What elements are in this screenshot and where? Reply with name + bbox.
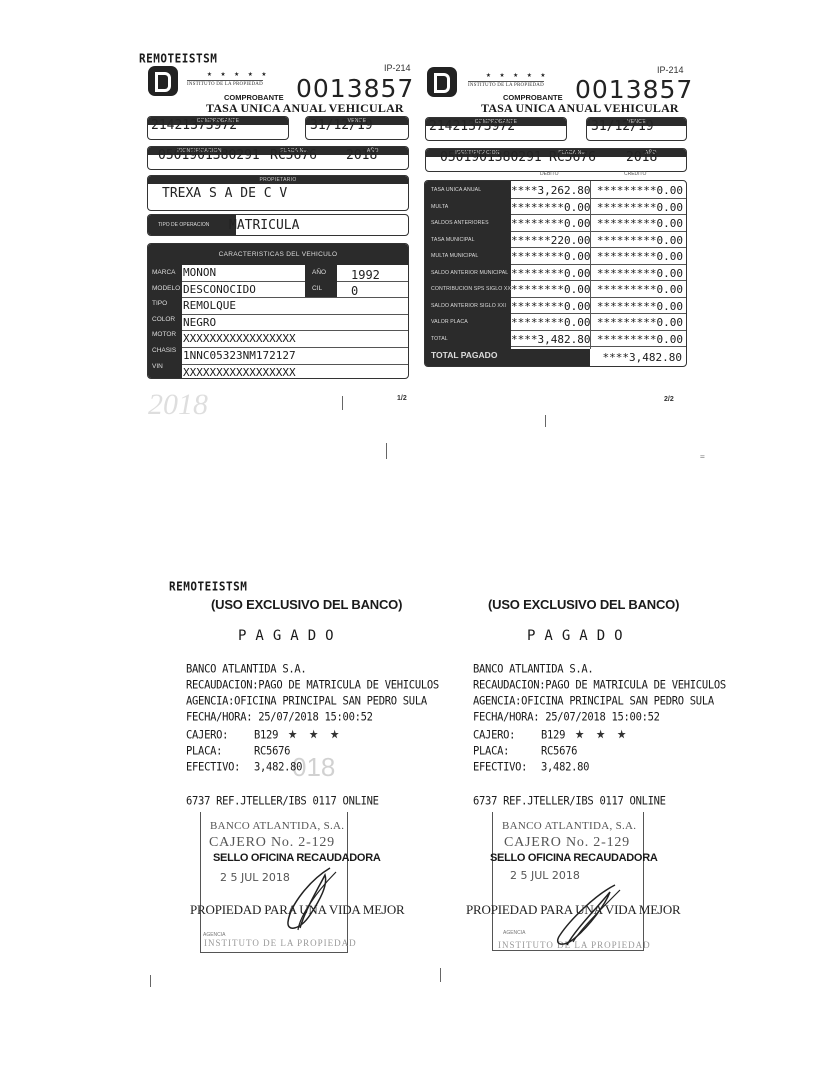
charge-credito: *********0.00 <box>590 216 686 232</box>
charge-debito: ********0.00 <box>511 216 590 232</box>
charge-label: SALDO ANTERIOR SIGLO XXI <box>425 299 511 315</box>
comprobante-field: COMPROBANTE 21421373972 <box>425 117 567 141</box>
charge-debito: ********0.00 <box>511 266 590 282</box>
charge-debito: ********0.00 <box>511 299 590 315</box>
stars-icon: ★★★ <box>575 723 638 743</box>
identificacion-field: IDENTIFICACION PLACA No. AÑO 05019013802… <box>147 146 409 170</box>
charge-credito: *********0.00 <box>590 249 686 265</box>
charge-credito: *********0.00 <box>590 315 686 331</box>
pen-mark <box>545 415 546 427</box>
tipo-operacion-field: TIPO DE OPERACION MATRICULA <box>147 214 409 236</box>
vehicle-characteristics-table: CARACTERISTICAS DEL VEHICULO MARCA MODEL… <box>147 243 409 379</box>
remote-stamp-text: REMOTEISTSM <box>139 51 217 66</box>
institution-name: INSTITUTO DE LA PROPIEDAD <box>468 81 544 88</box>
charge-debito: ********0.00 <box>511 249 590 265</box>
stars-icon: ★ ★ ★ ★ ★ <box>486 70 547 79</box>
receipt-title: TASA UNICA ANUAL VEHICULAR <box>481 101 679 116</box>
reference-line: 6737 REF.JTELLER/IBS 0117 ONLINE <box>473 792 726 810</box>
charge-label: SALDO ANTERIOR MUNICIPAL <box>425 266 511 282</box>
charge-row: VALOR PLACA********0.00*********0.00 <box>425 315 686 332</box>
bank-receipt-lines: BANCO ATLANTIDA S.A. RECAUDACION:PAGO DE… <box>186 660 439 808</box>
year-watermark: 018 <box>292 752 335 783</box>
pen-mark <box>342 396 343 410</box>
form-code: IP-214 <box>384 63 411 73</box>
pen-mark <box>150 975 151 987</box>
charge-row: CONTRIBUCION SPS SIGLO XXI********0.00**… <box>425 282 686 299</box>
charge-row: TASA UNICA ANUAL****3,262.80*********0.0… <box>425 183 686 200</box>
remote-stamp-text: REMOTEISTSM <box>169 579 247 594</box>
receipt-number: 0013857 <box>575 75 693 104</box>
modelo-value: DESCONOCIDO <box>182 282 408 299</box>
stamp-cajero: CAJERO No. 2-129 <box>504 835 630 851</box>
vin-value: XXXXXXXXXXXXXXXXX <box>182 365 408 379</box>
stars-icon: ★★★ <box>288 723 351 743</box>
vehicle-values-column: MONON DESCONOCIDO REMOLQUE NEGRO XXXXXXX… <box>182 265 408 379</box>
stars-icon: ★ ★ ★ ★ ★ <box>207 69 268 78</box>
charge-debito: ****3,262.80 <box>511 183 590 199</box>
charge-label: CONTRIBUCION SPS SIGLO XXI <box>425 282 511 298</box>
charge-debito: ****3,482.80 <box>511 332 590 348</box>
stamp-bank-name: BANCO ATLANTIDA, S.A. <box>502 820 636 832</box>
stamp-bank-name: BANCO ATLANTIDA, S.A. <box>210 820 344 832</box>
payment-status: PAGADO <box>527 628 632 644</box>
payment-status: PAGADO <box>238 628 343 644</box>
total-pagado-label: TOTAL PAGADO <box>431 350 497 360</box>
efectivo-row: EFECTIVO:3,482.80 <box>473 758 726 776</box>
stamp-cajero: CAJERO No. 2-129 <box>209 835 335 851</box>
identificacion-field: IDENTIFICACION PLACA No. AÑO 05019013802… <box>425 148 687 172</box>
color-value: NEGRO <box>182 315 408 332</box>
charge-label: VALOR PLACA <box>425 315 511 331</box>
vehicle-labels-column: MARCA MODELO TIPO COLOR MOTOR CHASIS VIN <box>148 265 182 378</box>
charge-label: MULTA MUNICIPAL <box>425 249 511 265</box>
pen-mark <box>440 968 441 982</box>
charge-row: MULTA********0.00*********0.00 <box>425 200 686 217</box>
vehicle-year: 1992 <box>351 269 380 281</box>
charge-credito: *********0.00 <box>590 266 686 282</box>
signature-icon <box>270 860 350 940</box>
charge-label: TASA UNICA ANUAL <box>425 183 511 199</box>
total-pagado-value: ****3,482.80 <box>603 351 682 364</box>
charges-table: TASA UNICA ANUAL****3,262.80*********0.0… <box>424 180 687 367</box>
charge-row: SALDO ANTERIOR SIGLO XXI********0.00****… <box>425 299 686 316</box>
stamp-sello: SELLO OFICINA RECAUDADORA <box>490 852 657 864</box>
bank-use-header: (USO EXCLUSIVO DEL BANCO) <box>488 597 679 612</box>
charge-row: SALDOS ANTERIORES********0.00*********0.… <box>425 216 686 233</box>
charge-credito: *********0.00 <box>590 183 686 199</box>
propietario-field: PROPIETARIO TREXA S A DE C V <box>147 175 409 211</box>
year-watermark: 2018 <box>148 388 208 422</box>
charge-label: MULTA <box>425 200 511 216</box>
charge-debito: ******220.00 <box>511 233 590 249</box>
comprobante-field: COMPROBANTE 21421373972 <box>147 116 289 140</box>
charge-row: SALDO ANTERIOR MUNICIPAL********0.00****… <box>425 266 686 283</box>
charge-credito: *********0.00 <box>590 233 686 249</box>
bank-use-header: (USO EXCLUSIVO DEL BANCO) <box>211 597 402 612</box>
anio-cil-labels: AÑO CIL <box>305 265 337 297</box>
receipt-title: TASA UNICA ANUAL VEHICULAR <box>206 101 404 116</box>
institute-logo-icon <box>427 67 457 97</box>
margin-mark: = <box>700 452 705 461</box>
charge-credito: *********0.00 <box>590 299 686 315</box>
charge-debito: ********0.00 <box>511 282 590 298</box>
receipt-number: 0013857 <box>296 74 414 103</box>
charge-debito: ********0.00 <box>511 200 590 216</box>
charge-debito: ********0.00 <box>511 315 590 331</box>
form-code: IP-214 <box>657 65 684 75</box>
institution-name: INSTITUTO DE LA PROPIEDAD <box>187 80 263 87</box>
vence-field: VENCE 31/12/19 <box>305 116 409 140</box>
pen-mark <box>386 443 387 459</box>
tipo-value: REMOLQUE <box>182 298 408 315</box>
charge-credito: *********0.00 <box>590 332 686 348</box>
signature-icon <box>545 880 625 950</box>
charges-rows: TASA UNICA ANUAL****3,262.80*********0.0… <box>425 183 686 348</box>
institute-logo-icon <box>148 66 178 96</box>
charge-label: SALDOS ANTERIORES <box>425 216 511 232</box>
reference-line: 6737 REF.JTELLER/IBS 0117 ONLINE <box>186 792 439 810</box>
charge-row: MULTA MUNICIPAL********0.00*********0.00 <box>425 249 686 266</box>
debito-column-header: DEBITO <box>540 171 559 177</box>
charge-label: TASA MUNICIPAL <box>425 233 511 249</box>
vehicle-cil: 0 <box>351 285 358 297</box>
vence-field: VENCE 31/12/19 <box>586 117 687 141</box>
page-number: 2/2 <box>664 396 674 403</box>
chasis-value: 1NNC05323NM172127 <box>182 348 408 365</box>
motor-value: XXXXXXXXXXXXXXXXX <box>182 331 408 348</box>
charge-label: TOTAL <box>425 332 511 348</box>
charge-credito: *********0.00 <box>590 200 686 216</box>
stamp-agencia-label: AGENCIA <box>503 930 526 936</box>
bank-receipt-lines: BANCO ATLANTIDA S.A. RECAUDACION:PAGO DE… <box>473 660 726 808</box>
charge-row: TASA MUNICIPAL******220.00*********0.00 <box>425 233 686 250</box>
page-number: 1/2 <box>397 395 407 402</box>
credito-column-header: CREDITO <box>624 171 646 177</box>
charge-row: TOTAL****3,482.80*********0.00 <box>425 332 686 349</box>
charge-credito: *********0.00 <box>590 282 686 298</box>
